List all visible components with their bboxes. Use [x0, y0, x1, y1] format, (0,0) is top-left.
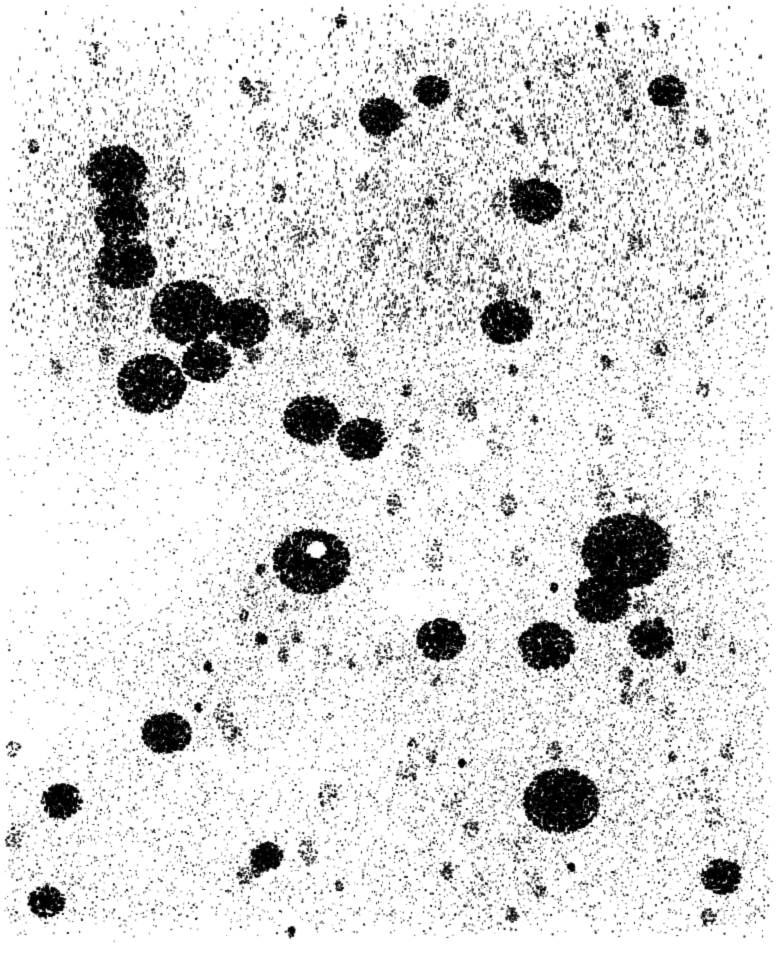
grunge-texture-image: .com: [0, 0, 777, 964]
grunge-texture-canvas: [0, 0, 777, 964]
